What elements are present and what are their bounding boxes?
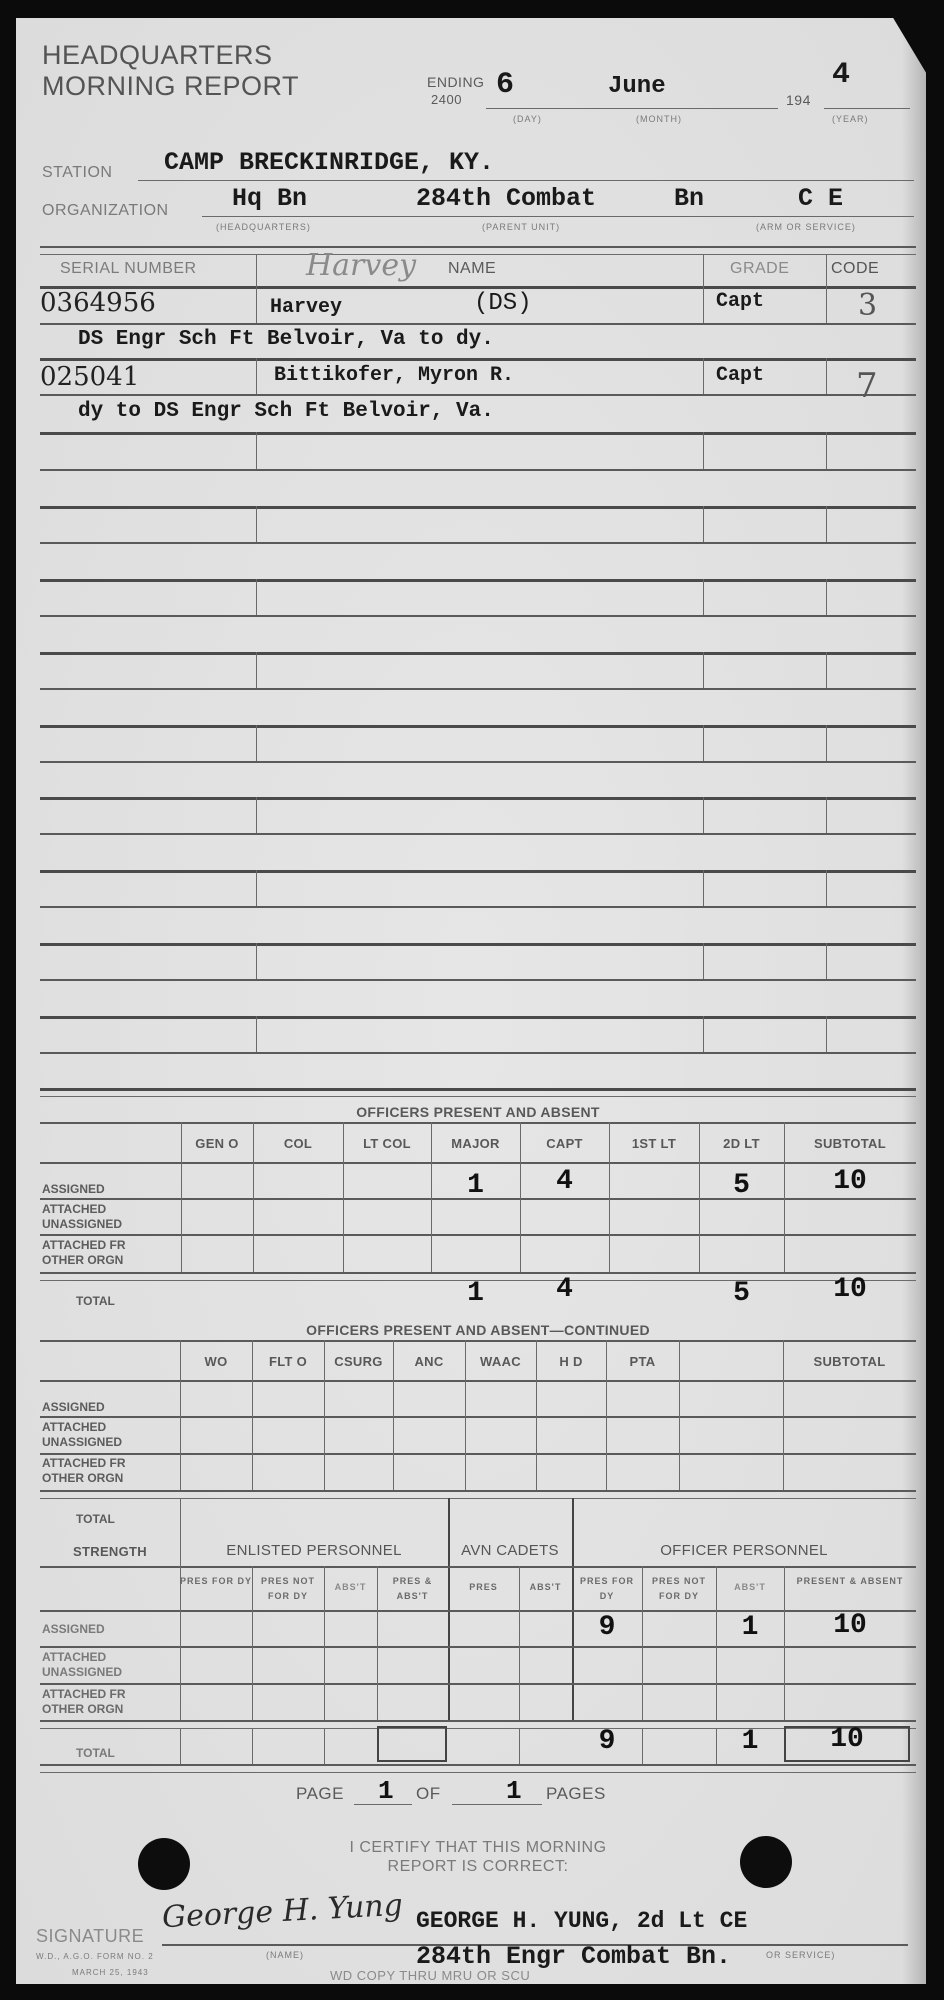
col-header-grade: GRADE (730, 260, 789, 278)
col-divider (703, 652, 704, 688)
col-divider (703, 797, 704, 833)
col-divider (703, 1016, 704, 1052)
col-divider (826, 870, 827, 906)
row-label-attached-unassigned: ATTACHED UNASSIGNED (42, 1650, 162, 1680)
col-header-code: CODE (831, 260, 879, 278)
row-label-attached-fr-other: ATTACHED FR OTHER ORGN (42, 1687, 162, 1717)
row-line (40, 688, 916, 690)
entry-serial: 0364956 (40, 288, 156, 318)
col-off-pres-for-dy: PRES FOR DY (572, 1574, 642, 1604)
col-divider (256, 943, 257, 979)
entry-code: 7 (856, 366, 878, 406)
strength-label: STRENGTH (40, 1544, 180, 1559)
row-line (40, 652, 916, 655)
col-divider (256, 725, 257, 761)
col-divider (826, 358, 827, 394)
row-line (40, 358, 916, 361)
col-lt-col: LT COL (343, 1136, 431, 1151)
headquarters-caption: (HEADQUARTERS) (216, 222, 311, 232)
arm-caption: (ARM OR SERVICE) (756, 222, 856, 232)
row-line (40, 1088, 916, 1091)
col-divider (703, 579, 704, 615)
col-cadet-abst: ABS'T (519, 1582, 572, 1592)
handwritten-mark: Harvey (306, 248, 416, 283)
table-line (40, 1380, 916, 1382)
entry-remark: DS Engr Sch Ft Belvoir, Va to dy. (78, 328, 494, 351)
col-divider (826, 506, 827, 542)
table-line (40, 1720, 916, 1722)
entry-code: 3 (858, 288, 877, 323)
col-off-abst: ABS'T (716, 1582, 784, 1592)
service-caption: OR SERVICE) (766, 1950, 835, 1960)
day-caption: (DAY) (513, 114, 542, 124)
col-pta: PTA (606, 1354, 679, 1369)
entry-remark: dy to DS Engr Sch Ft Belvoir, Va. (78, 400, 494, 423)
col-capt: CAPT (520, 1136, 609, 1151)
row-line (40, 979, 916, 981)
organization-underline (202, 216, 914, 217)
col-divider (256, 870, 257, 906)
col-1st-lt: 1ST LT (609, 1136, 699, 1151)
row-line (40, 394, 916, 396)
col-divider (256, 358, 257, 394)
row-line (40, 1052, 916, 1054)
col-divider (256, 432, 257, 469)
col-enl-abst: ABS'T (324, 1582, 377, 1592)
col-col: COL (253, 1136, 343, 1151)
row-line (40, 542, 916, 544)
page-label: PAGE (296, 1784, 344, 1804)
title-line-1: HEADQUARTERS (42, 40, 299, 71)
row-label-assigned: ASSIGNED (42, 1622, 105, 1637)
handwritten-signature: George H. Yung (161, 1888, 403, 1936)
entry-name-note: (DS) (474, 290, 532, 317)
table-line (40, 1490, 916, 1492)
signer-unit: 284th Engr Combat Bn. (416, 1942, 731, 1971)
col-divider (703, 286, 704, 323)
col-major: MAJOR (431, 1136, 520, 1151)
form-date: MARCH 25, 1943 (72, 1968, 149, 1977)
cell-off-abst-assigned: 1 (716, 1612, 784, 1643)
col-subtotal: SUBTOTAL (783, 1354, 916, 1369)
pages-label: PAGES (546, 1784, 606, 1804)
col-divider (256, 254, 257, 286)
cell-major-assigned: 1 (431, 1170, 520, 1201)
certification-line-2: REPORT IS CORRECT: (40, 1857, 916, 1876)
cell-2d-lt-total: 5 (699, 1278, 784, 1309)
org-arm-or-service: C E (798, 184, 843, 213)
row-line (40, 1096, 916, 1097)
col-anc: ANC (393, 1354, 465, 1369)
officers-continued-title: OFFICERS PRESENT AND ABSENT—CONTINUED (40, 1322, 916, 1338)
row-label-attached-fr-other: ATTACHED FR OTHER ORGN (42, 1238, 162, 1268)
col-enl-pres-not-for-dy: PRES NOT FOR DY (252, 1574, 324, 1604)
row-line (40, 432, 916, 435)
col-divider (826, 652, 827, 688)
col-waac: WAAC (465, 1354, 536, 1369)
row-line (40, 906, 916, 908)
row-label-total: TOTAL (76, 1746, 115, 1761)
cell-off-present-absent-assigned: 10 (784, 1610, 916, 1641)
cell-off-abst-total: 1 (716, 1726, 784, 1757)
row-line (40, 323, 916, 325)
of-label: OF (416, 1784, 441, 1804)
row-line (40, 1016, 916, 1019)
ending-label: ENDING (427, 74, 484, 90)
group-officer-personnel: OFFICER PERSONNEL (572, 1542, 916, 1559)
col-divider (826, 254, 827, 286)
col-divider (256, 579, 257, 615)
col-divider (703, 725, 704, 761)
col-divider (826, 579, 827, 615)
row-label-total: TOTAL (76, 1294, 115, 1309)
col-divider (679, 1340, 680, 1490)
row-label-attached-unassigned: ATTACHED UNASSIGNED (42, 1420, 162, 1450)
station-underline (138, 180, 914, 181)
cell-major-total: 1 (431, 1278, 520, 1309)
row-label-attached-fr-other: ATTACHED FR OTHER ORGN (42, 1456, 162, 1486)
page-number: 1 (378, 1776, 394, 1806)
signer-typed-name: GEORGE H. YUNG, 2d Lt CE (416, 1908, 747, 1934)
cell-capt-assigned: 4 (520, 1166, 609, 1197)
col-header-serial: SERIAL NUMBER (60, 260, 197, 278)
cell-2d-lt-assigned: 5 (699, 1170, 784, 1201)
form-number: W.D., A.G.O. FORM NO. 2 (36, 1952, 154, 1961)
col-divider (256, 506, 257, 542)
col-divider (256, 652, 257, 688)
col-csurg: CSURG (324, 1354, 393, 1369)
year-prefix: 194 (786, 92, 811, 108)
col-wo: WO (180, 1354, 252, 1369)
col-divider (826, 797, 827, 833)
col-header-name: NAME (448, 260, 496, 278)
group-enlisted-personnel: ENLISTED PERSONNEL (180, 1542, 448, 1559)
col-divider (256, 1016, 257, 1052)
row-line (40, 870, 916, 873)
org-headquarters: Hq Bn (232, 184, 307, 213)
table-line (40, 1764, 916, 1766)
year-caption: (YEAR) (832, 114, 869, 124)
col-divider (826, 943, 827, 979)
col-divider (180, 1728, 181, 1764)
col-divider (826, 286, 827, 323)
col-divider (703, 943, 704, 979)
row-label-attached-unassigned: ATTACHED UNASSIGNED (42, 1202, 162, 1232)
cell-subtotal-assigned: 10 (784, 1166, 916, 1197)
col-gen-o: GEN O (181, 1136, 253, 1151)
col-divider (519, 1728, 520, 1764)
cell-subtotal-total: 10 (784, 1274, 916, 1305)
entry-name: Bittikofer, Myron R. (274, 364, 514, 387)
entry-serial: 025041 (40, 362, 139, 392)
org-parent-unit-suffix: Bn (674, 184, 704, 213)
cell-off-present-absent-total: 10 (784, 1724, 910, 1755)
col-divider (252, 1728, 253, 1764)
station-value: CAMP BRECKINRIDGE, KY. (164, 148, 494, 177)
row-label-assigned: ASSIGNED (42, 1182, 105, 1197)
col-cadet-pres: PRES (448, 1582, 519, 1592)
col-enl-pres-and-abst: PRES & ABS'T (377, 1574, 448, 1604)
table-line (40, 1340, 916, 1342)
paper-edge-shadow (902, 18, 926, 1984)
entry-grade: Capt (716, 364, 764, 387)
morning-report-form: HEADQUARTERS MORNING REPORT ENDING 2400 … (16, 18, 926, 1984)
row-line (40, 797, 916, 800)
enl-total-box (377, 1726, 447, 1762)
row-label-total: TOTAL (76, 1512, 115, 1527)
organization-label: ORGANIZATION (42, 202, 169, 220)
col-divider (256, 286, 257, 323)
col-enl-pres-for-dy: PRES FOR DY (180, 1574, 252, 1589)
report-day: 6 (496, 68, 514, 102)
certification-text: I CERTIFY THAT THIS MORNING REPORT IS CO… (40, 1838, 916, 1876)
parent-unit-caption: (PARENT UNIT) (482, 222, 560, 232)
row-line (40, 761, 916, 763)
col-divider (256, 797, 257, 833)
ending-time: 2400 (431, 92, 462, 107)
row-line (40, 469, 916, 471)
page-underline (354, 1804, 412, 1805)
total-pages: 1 (506, 1776, 522, 1806)
table-line (40, 1772, 916, 1773)
title-line-2: MORNING REPORT (42, 71, 299, 102)
cell-capt-total: 4 (520, 1274, 609, 1305)
col-divider (324, 1728, 325, 1764)
date-underline (486, 108, 778, 109)
col-off-present-and-absent: PRESENT & ABSENT (784, 1574, 916, 1589)
name-caption: (NAME) (266, 1950, 304, 1960)
col-divider (826, 432, 827, 469)
col-divider (642, 1728, 643, 1764)
entries-top-border-2 (40, 254, 916, 255)
col-off-pres-not-for-dy: PRES NOT FOR DY (642, 1574, 716, 1604)
row-line (40, 286, 916, 289)
col-divider (703, 254, 704, 286)
org-parent-unit: 284th Combat (416, 184, 596, 213)
row-label-assigned: ASSIGNED (42, 1400, 105, 1415)
report-year: 4 (832, 58, 850, 92)
table-line (40, 1416, 916, 1418)
row-line (40, 725, 916, 728)
year-underline (824, 108, 910, 109)
pages-underline (452, 1804, 542, 1805)
cell-off-pres-for-dy-total: 9 (572, 1726, 642, 1757)
col-divider (703, 870, 704, 906)
col-subtotal: SUBTOTAL (784, 1136, 916, 1151)
entry-grade: Capt (716, 290, 764, 313)
signature-label: SIGNATURE (36, 1926, 144, 1947)
col-divider (180, 1566, 181, 1720)
table-line (40, 1498, 916, 1499)
row-line (40, 833, 916, 835)
form-title: HEADQUARTERS MORNING REPORT (42, 40, 299, 102)
officers-table-title: OFFICERS PRESENT AND ABSENT (40, 1104, 916, 1120)
col-divider (826, 725, 827, 761)
row-line (40, 615, 916, 617)
row-line (40, 579, 916, 582)
month-caption: (MONTH) (636, 114, 682, 124)
station-label: STATION (42, 164, 112, 182)
col-flt-o: FLT O (252, 1354, 324, 1369)
col-divider (703, 358, 704, 394)
certification-line-1: I CERTIFY THAT THIS MORNING (40, 1838, 916, 1857)
table-line (40, 1453, 916, 1455)
cell-off-pres-for-dy-assigned: 9 (572, 1612, 642, 1643)
group-avn-cadets: AVN CADETS (448, 1542, 572, 1559)
row-line (40, 943, 916, 946)
col-divider (826, 1016, 827, 1052)
report-month: June (608, 73, 666, 100)
row-line (40, 506, 916, 509)
col-divider (703, 432, 704, 469)
col-divider (703, 506, 704, 542)
entry-name: Harvey (270, 296, 342, 319)
entries-top-border (40, 246, 916, 248)
col-hd: H D (536, 1354, 606, 1369)
col-divider (784, 1566, 785, 1720)
copy-note: WD COPY THRU MRU OR SCU (330, 1968, 530, 1983)
col-2d-lt: 2D LT (699, 1136, 784, 1151)
